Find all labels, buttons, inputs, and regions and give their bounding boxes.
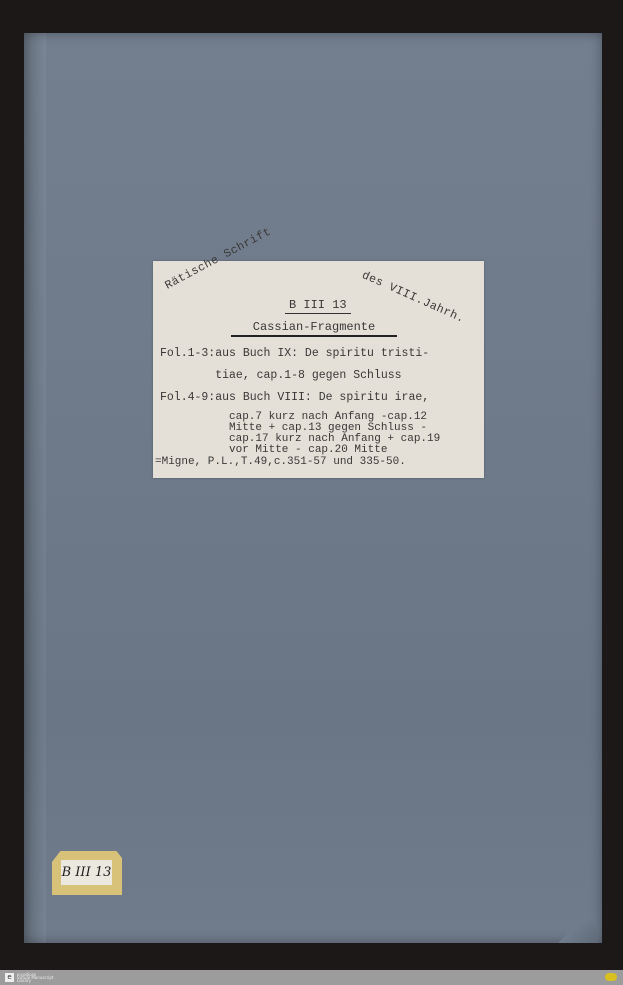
shelfmark-sticker: B III 13 <box>52 851 122 895</box>
migne-reference: =Migne, P.L.,T.49,c.351-57 und 335-50. <box>155 457 406 468</box>
chapter-line-2: Mitte + cap.13 gegen Schluss - <box>229 423 427 434</box>
dog-ear-corner <box>558 917 598 943</box>
chapter-line-4: vor Mitte - cap.20 Mitte <box>229 445 387 456</box>
folio-line-1: Fol.1-3:aus Buch IX: De spiritu tristi- <box>160 347 429 360</box>
viewer-footer: e e-codices Virtual Manuscript Library <box>0 970 623 985</box>
chapter-line-1: cap.7 kurz nach Anfang -cap.12 <box>229 412 427 423</box>
century-note: des VIII.Jahrh. <box>360 269 467 326</box>
folio-line-3: Fol.4-9:aus Buch VIII: De spiritu irae, <box>160 391 429 404</box>
document-title: Cassian-Fragmente <box>231 320 397 337</box>
folder-cover <box>24 33 602 943</box>
shelfmark: B III 13 <box>285 298 351 314</box>
footer-credit: e-codices Virtual Manuscript Library <box>17 973 53 982</box>
sticker-shelfmark: B III 13 <box>61 860 112 885</box>
folio-line-2: tiae, cap.1-8 gegen Schluss <box>160 369 402 382</box>
ecodices-logo-icon[interactable]: e <box>5 973 14 982</box>
chapter-line-3: cap.17 kurz nach Anfang + cap.19 <box>229 434 440 445</box>
typed-label: Rätische Schrift des VIII.Jahrh. B III 1… <box>153 261 484 478</box>
color-chart-icon <box>605 973 617 981</box>
